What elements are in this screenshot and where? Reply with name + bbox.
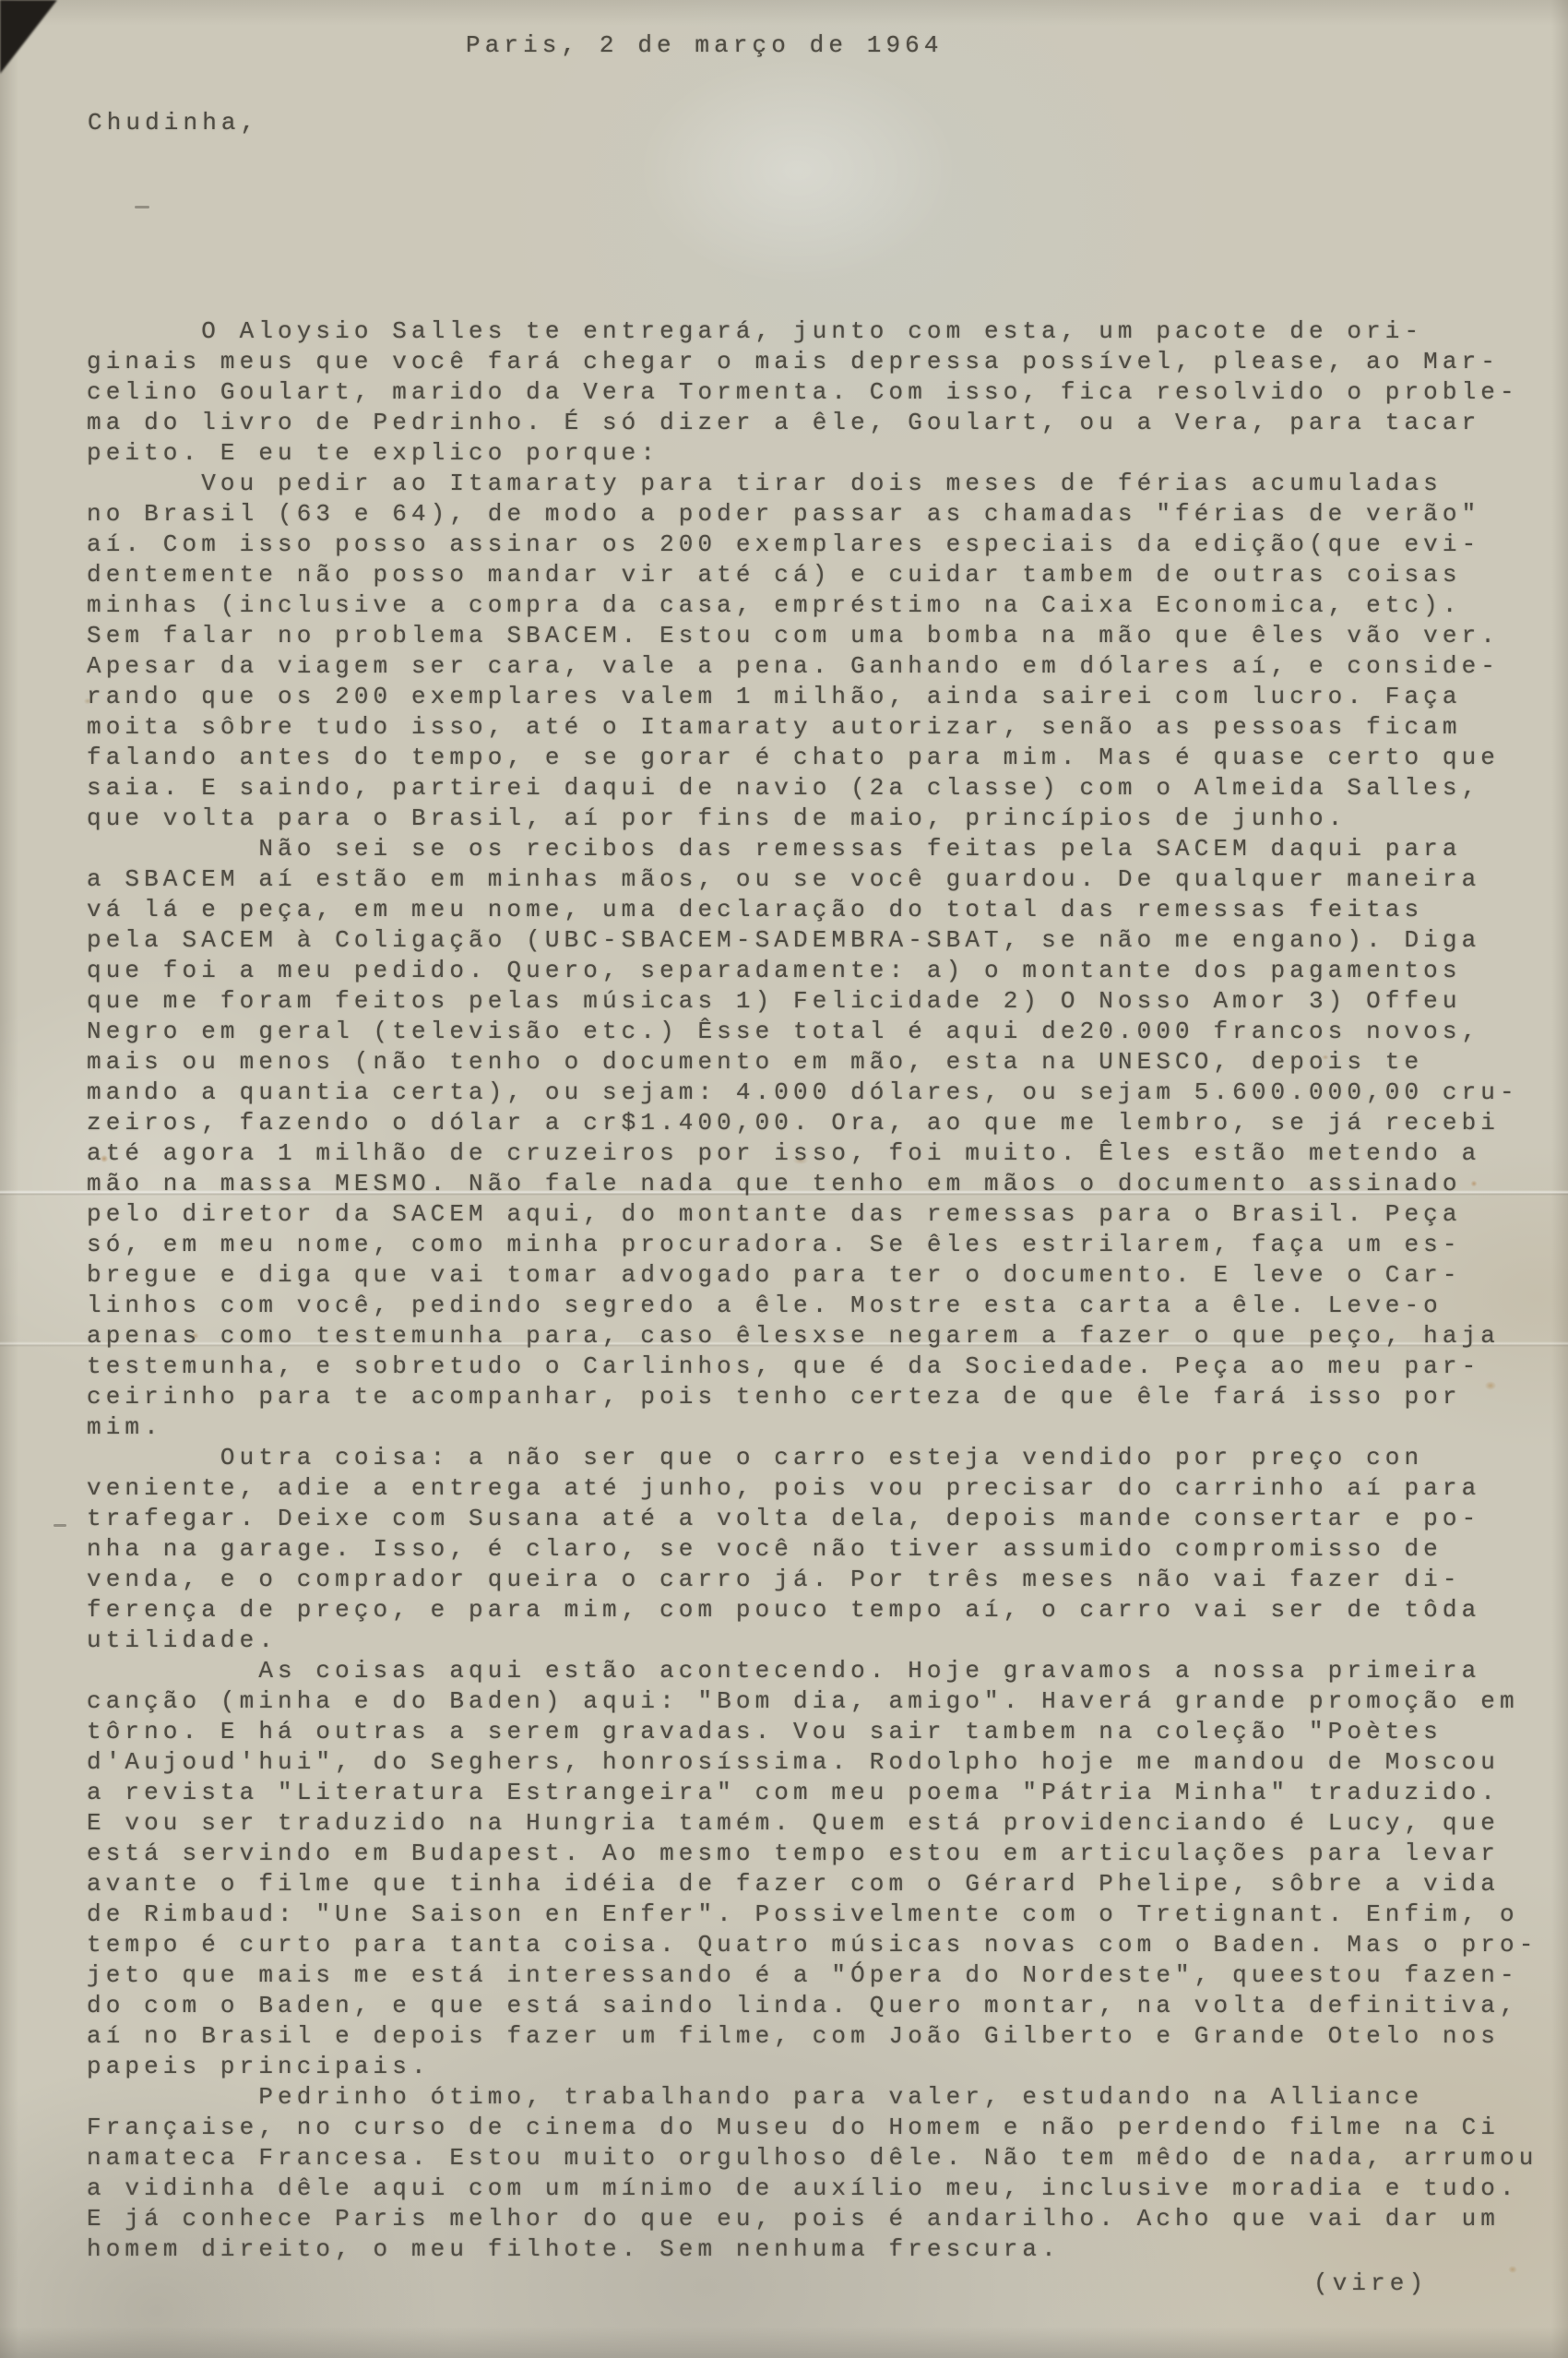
letter-date: Paris, 2 de março de 1964 [466, 31, 944, 59]
letter-line: canção (minha e do Baden) aqui: "Bom dia… [87, 1686, 1538, 1717]
letter-line: ceirinho para te acompanhar, pois tenho … [87, 1382, 1538, 1412]
letter-page: Paris, 2 de março de 1964 Chudinha, O Al… [0, 0, 1568, 2358]
letter-line: que volta para o Brasil, aí por fins de … [87, 804, 1538, 834]
letter-line: tempo é curto para tanta coisa. Quatro m… [87, 1930, 1538, 1960]
letter-line: Não sei se os recibos das remessas feita… [87, 834, 1538, 864]
letter-line: do com o Baden, e que está saindo linda.… [87, 1991, 1538, 2021]
letter-line: vá lá e peça, em meu nome, uma declaraçã… [87, 895, 1538, 925]
letter-line: está servindo em Budapest. Ao mesmo temp… [87, 1839, 1538, 1869]
letter-line: a SBACEM aí estão em minhas mãos, ou se … [87, 864, 1538, 895]
letter-line: a revista "Literatura Estrangeira" com m… [87, 1778, 1538, 1808]
letter-paragraph: Não sei se os recibos das remessas feita… [87, 834, 1538, 1443]
page-turn-note: (vire) [1313, 2269, 1428, 2297]
letter-paragraph: As coisas aqui estão acontecendo. Hoje g… [87, 1656, 1538, 2082]
letter-line: falando antes do tempo, e se gorar é cha… [87, 743, 1538, 773]
letter-line: avante o filme que tinha idéia de fazer … [87, 1869, 1538, 1899]
page-corner-shadow [0, 0, 57, 74]
pencil-mark [53, 1524, 66, 1527]
letter-paragraph: Outra coisa: a não ser que o carro estej… [87, 1443, 1538, 1656]
letter-line: namateca Francesa. Estou muito orgulhoso… [87, 2143, 1538, 2173]
letter-line: venda, e o comprador queira o carro já. … [87, 1565, 1538, 1595]
letter-line: Pedrinho ótimo, trabalhando para valer, … [87, 2082, 1538, 2113]
letter-line: que foi a meu pedido. Quero, separadamen… [87, 956, 1538, 986]
letter-line: d'Aujoud'hui", do Seghers, honrosíssima.… [87, 1747, 1538, 1778]
letter-salutation: Chudinha, [88, 109, 259, 137]
letter-line: ginais meus que você fará chegar o mais … [87, 347, 1538, 377]
pencil-mark [135, 206, 149, 208]
letter-line: As coisas aqui estão acontecendo. Hoje g… [87, 1656, 1538, 1686]
letter-line: até agora 1 milhão de cruzeiros por isso… [87, 1138, 1538, 1169]
letter-line: veniente, adie a entrega até junho, pois… [87, 1473, 1538, 1504]
letter-line: E já conhece Paris melhor do que eu, poi… [87, 2204, 1538, 2234]
letter-line: mão na massa MESMO. Não fale nada que te… [87, 1169, 1538, 1199]
letter-line: Vou pedir ao Itamaraty para tirar dois m… [87, 469, 1538, 499]
letter-line: tôrno. E há outras a serem gravadas. Vou… [87, 1717, 1538, 1747]
letter-line: peito. E eu te explico porque: [87, 438, 1538, 469]
letter-line: pelo diretor da SACEM aqui, do montante … [87, 1199, 1538, 1230]
letter-line: mim. [87, 1412, 1538, 1443]
letter-line: zeiros, fazendo o dólar a cr$1.400,00. O… [87, 1108, 1538, 1138]
letter-line: saia. E saindo, partirei daqui de navio … [87, 773, 1538, 804]
letter-line: moita sôbre tudo isso, até o Itamaraty a… [87, 712, 1538, 743]
letter-line: homem direito, o meu filhote. Sem nenhum… [87, 2234, 1538, 2265]
letter-line: aí no Brasil e depois fazer um filme, co… [87, 2021, 1538, 2052]
letter-line: dentemente não posso mandar vir até cá) … [87, 560, 1538, 590]
letter-line: O Aloysio Salles te entregará, junto com… [87, 316, 1538, 347]
letter-body: O Aloysio Salles te entregará, junto com… [87, 316, 1538, 2265]
letter-line: de Rimbaud: "Une Saison en Enfer". Possi… [87, 1899, 1538, 1930]
letter-line: Outra coisa: a não ser que o carro estej… [87, 1443, 1538, 1473]
letter-line: celino Goulart, marido da Vera Tormenta.… [87, 377, 1538, 408]
letter-line: Sem falar no problema SBACEM. Estou com … [87, 621, 1538, 651]
letter-line: papeis principais. [87, 2052, 1538, 2082]
letter-line: jeto que mais me está interessando é a "… [87, 1960, 1538, 1991]
letter-line: ma do livro de Pedrinho. É só dizer a êl… [87, 408, 1538, 438]
letter-line: trafegar. Deixe com Susana até a volta d… [87, 1504, 1538, 1534]
letter-line: aí. Com isso posso assinar os 200 exempl… [87, 530, 1538, 560]
letter-paragraph: Vou pedir ao Itamaraty para tirar dois m… [87, 469, 1538, 834]
letter-line: apenas como testemunha para, caso êlesxs… [87, 1321, 1538, 1352]
letter-line: pela SACEM à Coligação (UBC-SBACEM-SADEM… [87, 925, 1538, 956]
letter-line: Française, no curso de cinema do Museu d… [87, 2113, 1538, 2143]
letter-line: minhas (inclusive a compra da casa, empr… [87, 590, 1538, 621]
letter-paragraph: Pedrinho ótimo, trabalhando para valer, … [87, 2082, 1538, 2265]
letter-line: nha na garage. Isso, é claro, se você nã… [87, 1534, 1538, 1565]
letter-paragraph: O Aloysio Salles te entregará, junto com… [87, 316, 1538, 469]
letter-line: rando que os 200 exemplares valem 1 milh… [87, 682, 1538, 712]
letter-line: no Brasil (63 e 64), de modo a poder pas… [87, 499, 1538, 530]
letter-line: ferença de preço, e para mim, com pouco … [87, 1595, 1538, 1626]
letter-line: mais ou menos (não tenho o documento em … [87, 1047, 1538, 1078]
letter-line: E vou ser traduzido na Hungria tamém. Qu… [87, 1808, 1538, 1839]
letter-line: que me foram feitos pelas músicas 1) Fel… [87, 986, 1538, 1017]
letter-line: só, em meu nome, como minha procuradora.… [87, 1230, 1538, 1260]
letter-line: utilidade. [87, 1626, 1538, 1656]
letter-line: testemunha, e sobretudo o Carlinhos, que… [87, 1352, 1538, 1382]
letter-line: linhos com você, pedindo segredo a êle. … [87, 1291, 1538, 1321]
letter-line: bregue e diga que vai tomar advogado par… [87, 1260, 1538, 1291]
letter-line: Negro em geral (televisão etc.) Êsse tot… [87, 1017, 1538, 1047]
letter-line: Apesar da viagem ser cara, vale a pena. … [87, 651, 1538, 682]
letter-line: a vidinha dêle aqui com um mínimo de aux… [87, 2173, 1538, 2204]
letter-line: mando a quantia certa), ou sejam: 4.000 … [87, 1078, 1538, 1108]
